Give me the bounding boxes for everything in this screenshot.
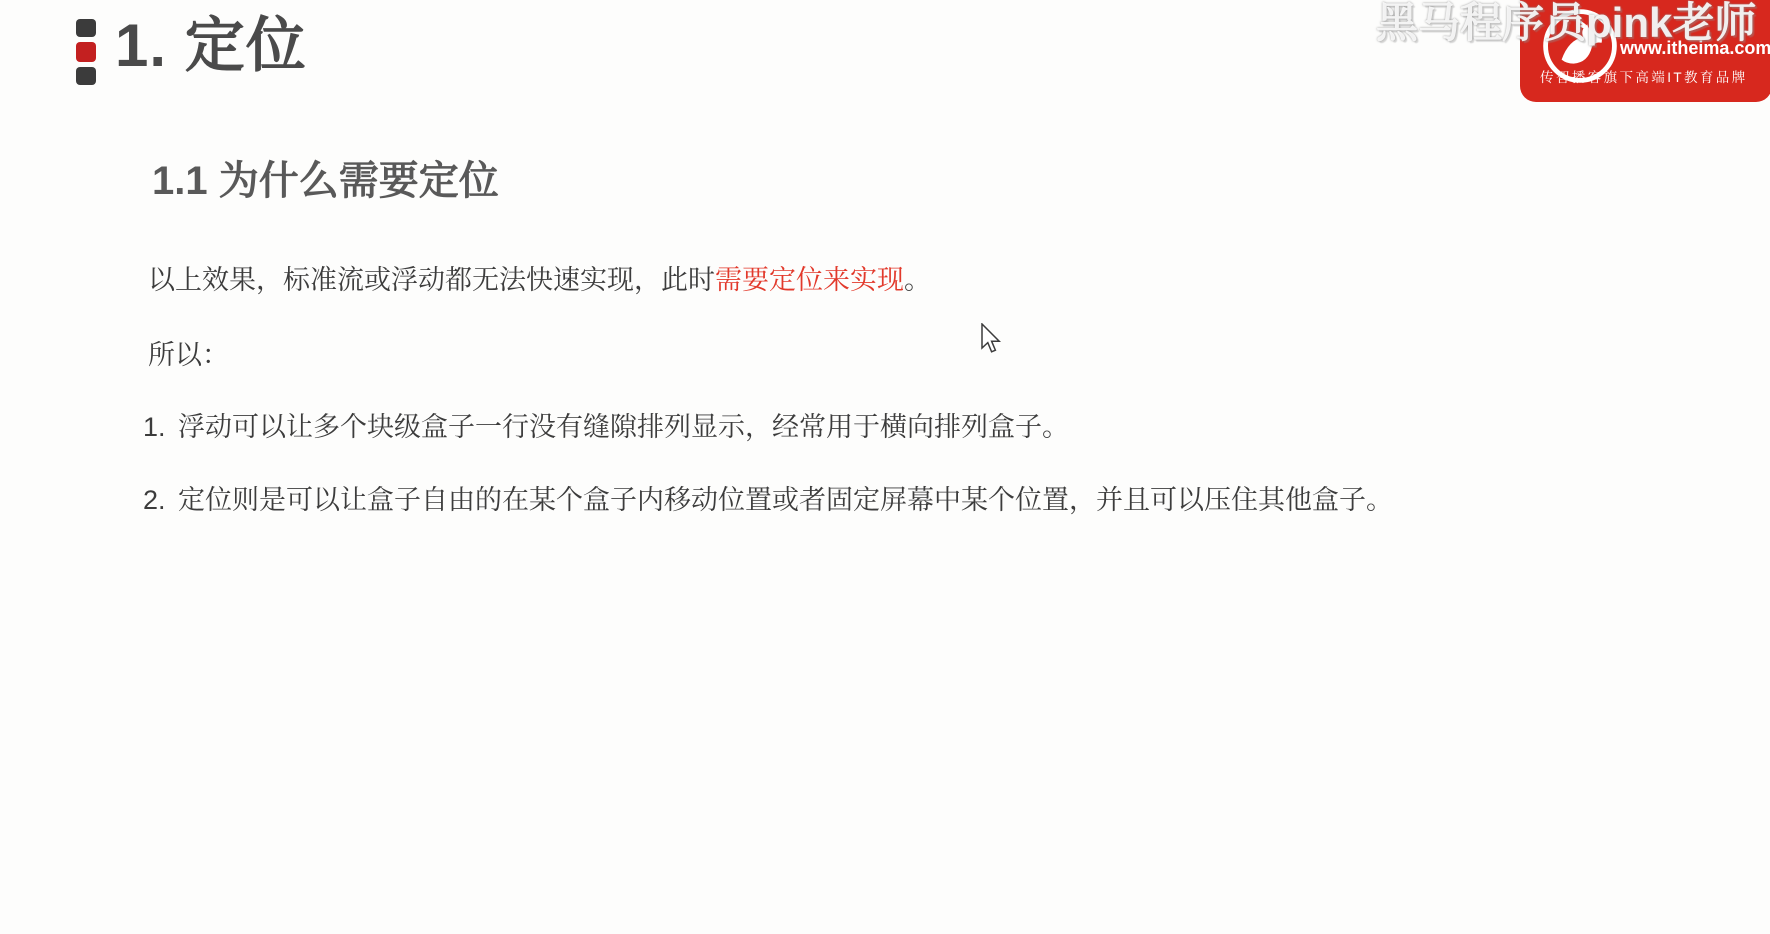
list-item-text: 浮动可以让多个块级盒子一行没有缝隙排列显示，经常用于横向排列盒子。	[178, 411, 1069, 445]
list-item: 1. 浮动可以让多个块级盒子一行没有缝隙排列显示，经常用于横向排列盒子。	[143, 411, 1069, 445]
intro-paragraph: 以上效果，标准流或浮动都无法快速实现，此时需要定位来实现。	[148, 264, 931, 298]
lead-text: 所以：	[148, 339, 229, 373]
highlight-text: 需要定位来实现	[715, 265, 904, 295]
deco-square-bottom	[76, 67, 96, 85]
deco-square-top	[76, 19, 96, 37]
intro-paragraph-text: 以上效果，标准流或浮动都无法快速实现，此时	[148, 265, 715, 295]
logo-tagline: 传智播客旗下高端IT教育品牌	[1540, 66, 1748, 86]
deco-square-middle	[76, 42, 96, 62]
list-item: 2. 定位则是可以让盒子自由的在某个盒子内移动位置或者固定屏幕中某个位置，并且可…	[143, 484, 1393, 518]
page-title: 1. 定位	[115, 10, 307, 82]
watermark-text: 黑马程序员pink老师	[1376, 0, 1756, 46]
slide: 1. 定位 1.1 为什么需要定位 以上效果，标准流或浮动都无法快速实现，此时需…	[0, 0, 1770, 934]
mouse-cursor-icon	[978, 323, 1002, 357]
intro-paragraph-period: 。	[904, 265, 931, 295]
list-item-text: 定位则是可以让盒子自由的在某个盒子内移动位置或者固定屏幕中某个位置，并且可以压住…	[178, 484, 1393, 518]
list-item-number: 2.	[143, 484, 178, 518]
section-subtitle: 1.1 为什么需要定位	[152, 157, 499, 205]
title-bullet-decoration	[76, 19, 96, 90]
list-item-number: 1.	[143, 411, 178, 445]
